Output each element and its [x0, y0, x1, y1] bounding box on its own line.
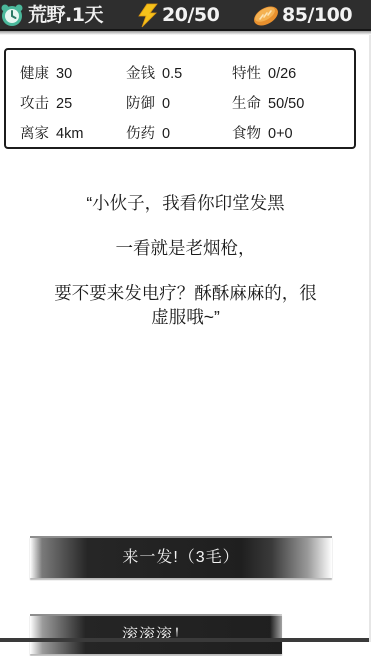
stat-value: 0/26: [268, 66, 296, 82]
lightning-icon: [136, 3, 160, 28]
stat-label: 离家: [20, 126, 49, 142]
stat-label: 特性: [232, 66, 261, 82]
dialogue-line: 要不要来发电疗？酥酥麻麻的，很: [0, 280, 371, 305]
food-value: 85/100: [282, 3, 352, 28]
stat-label: 金钱: [126, 66, 155, 82]
dialogue-line: 一看就是老烟枪，: [0, 235, 371, 260]
status-bar-shadow: [0, 31, 371, 35]
bottom-fade-overlay: [270, 604, 371, 642]
accept-button[interactable]: 来一发!（3毛）: [30, 536, 332, 578]
dialogue-line: 虚服哦~”: [0, 304, 371, 329]
stat-label: 伤药: [126, 126, 155, 142]
bottom-edge: [0, 638, 371, 642]
stat-value: 50/50: [268, 96, 304, 112]
energy-value: 20/50: [162, 3, 219, 28]
stats-panel: 健康30 金钱0.5 特性0/26 攻击25 防御0 生命50/50 离家4km…: [4, 48, 356, 149]
stat-life: 生命50/50: [232, 92, 304, 113]
stat-distance: 离家4km: [20, 122, 83, 143]
stat-money: 金钱0.5: [126, 62, 182, 83]
stat-value: 0.5: [162, 66, 182, 82]
stat-label: 攻击: [20, 96, 49, 112]
day-label: 荒野.1天: [28, 3, 103, 28]
stat-defense: 防御0: [126, 92, 170, 113]
stat-value: 4km: [56, 126, 83, 142]
stat-food: 食物0+0: [232, 122, 293, 143]
day-indicator: 荒野.1天: [0, 3, 103, 28]
stat-medicine: 伤药0: [126, 122, 170, 143]
stat-health: 健康30: [20, 62, 72, 83]
stat-label: 健康: [20, 66, 49, 82]
dialogue-line: “小伙子，我看你印堂发黑: [0, 190, 371, 215]
stat-traits: 特性0/26: [232, 62, 296, 83]
stat-value: 30: [56, 66, 72, 82]
bread-icon: [252, 3, 282, 28]
energy-indicator: 20/50: [136, 3, 219, 28]
stat-value: 0: [162, 96, 170, 112]
stat-value: 25: [56, 96, 72, 112]
stat-value: 0: [162, 126, 170, 142]
food-indicator: 85/100: [252, 3, 352, 28]
status-bar: 荒野.1天 20/50 85/100: [0, 0, 371, 31]
stat-value: 0+0: [268, 126, 293, 142]
stat-attack: 攻击25: [20, 92, 72, 113]
alarm-clock-icon: [0, 3, 26, 28]
stat-label: 食物: [232, 126, 261, 142]
stat-label: 防御: [126, 96, 155, 112]
stat-label: 生命: [232, 96, 261, 112]
